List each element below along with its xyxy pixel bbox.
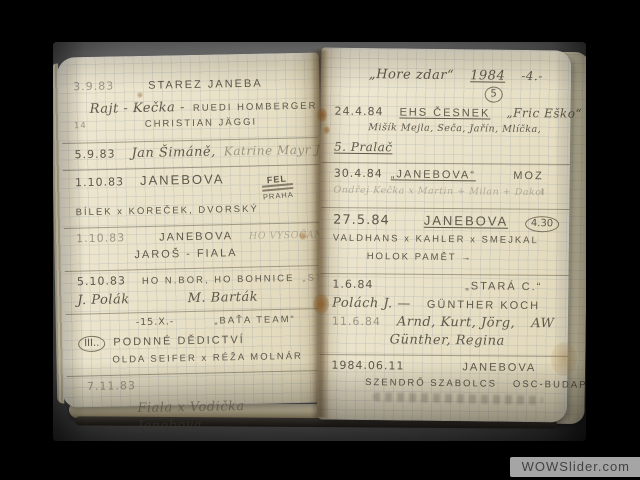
handwriting-text: 14 bbox=[74, 121, 87, 131]
handwriting-line: „Hore zdar“1984-4.- bbox=[335, 67, 561, 85]
handwriting-line: 1.6.84„STARÁ C.“ bbox=[332, 278, 558, 296]
handwriting-text: Janebova bbox=[138, 418, 203, 434]
handwriting-line: 1.10.83JANEBOVAHO VYSOČANY bbox=[76, 228, 310, 247]
handwriting-text: 5.9.83 bbox=[74, 147, 115, 161]
wowslider-watermark-link[interactable]: WOWSlider.com bbox=[510, 457, 640, 477]
handwriting-text: Polách J. — bbox=[332, 296, 411, 312]
handwriting-text: Fiala x Vodička bbox=[137, 399, 245, 416]
ruled-separator bbox=[321, 273, 569, 276]
handwriting-text: RUEDI HOMBERGER bbox=[193, 101, 318, 114]
handwriting-line: BÍLEK x KOREČEK, DVORSKÝ bbox=[76, 203, 310, 222]
handwriting-text: M. Barták bbox=[187, 290, 258, 306]
handwriting-text: MOZ bbox=[513, 170, 544, 182]
handwriting-text: AW bbox=[531, 316, 554, 331]
handwriting-text: Jan Šimáně, bbox=[131, 145, 216, 162]
ruled-separator bbox=[321, 207, 569, 210]
handwriting-text: 30.4.84 bbox=[334, 167, 383, 181]
handwriting-line: 5.10.83HO N.BOR, HO BOHNICE„ST.C.“ bbox=[77, 271, 311, 290]
handwriting-line: Mišík Mejla, Seča, Jařín, Mlíčka, bbox=[334, 122, 560, 140]
handwriting-text: Ondřej Kečka x Martin + Milan + Dako bbox=[333, 185, 541, 199]
handwriting-text: 7.11.83 bbox=[87, 379, 136, 393]
handwriting-text: „STARÁ C.“ bbox=[465, 280, 542, 293]
handwriting-text: HO N.BOR, HO BOHNICE bbox=[142, 273, 295, 287]
handwriting-text: 1984 bbox=[470, 68, 505, 83]
circled-roman-three: III.. bbox=[78, 336, 106, 353]
notebook-photo: 3.9.83STAREZ JANEBARajt - Kečka -RUEDI H… bbox=[53, 42, 586, 441]
handwriting-line: 5. Pralač bbox=[334, 140, 560, 158]
handwriting-text: JAROŠ - FIALA bbox=[134, 247, 237, 261]
handwriting-line: Günther, Regina bbox=[332, 332, 558, 350]
handwriting-text: 3.9.83 bbox=[73, 79, 114, 93]
handwriting-text: JANEBOVA bbox=[462, 361, 536, 374]
handwriting-line: SZENDRŐ SZABOLCSOSC-BUDAPEST bbox=[331, 377, 557, 395]
handwriting-text: 11.6.84 bbox=[332, 315, 381, 329]
handwriting-line: 14CHRISTIAN JÄGGI bbox=[74, 116, 308, 135]
handwriting-line: 1984.06.11JANEBOVA bbox=[331, 359, 557, 377]
handwriting-text: JANEBOVA bbox=[140, 171, 225, 188]
handwriting-text: STAREZ JANEBA bbox=[148, 78, 263, 92]
handwriting-text: GÜNTHER KOCH bbox=[427, 299, 540, 312]
handwriting-text: -4.- bbox=[521, 69, 543, 83]
name-christian-jaggi: CHRISTIAN JÄGGI bbox=[145, 117, 258, 130]
circled-430: 4.30 bbox=[525, 216, 559, 232]
handwriting-text: 24.4.84 bbox=[334, 105, 383, 119]
handwriting-line: III..PODNNÉ DĚDICTVÍ bbox=[78, 332, 312, 352]
handwriting-text: 1.10.83 bbox=[75, 175, 124, 189]
handwriting-line: 1.10.83JANEBOVAFELPRAHA bbox=[75, 170, 310, 204]
handwriting-line: -15.X.-„BAŤA TEAM“ bbox=[78, 314, 312, 333]
handwriting-line: J. PolákM. Barták bbox=[77, 289, 311, 308]
handwriting-text: EHS ČESNEK bbox=[399, 106, 490, 119]
illegible-scribble bbox=[541, 188, 543, 195]
handwriting-text: SZENDRŐ SZABOLCS bbox=[365, 377, 497, 390]
handwriting-line: OLDA SEIFER x RÉŽA MOLNÁR bbox=[78, 351, 312, 370]
handwriting-text: 27.5.84 bbox=[333, 213, 390, 229]
handwriting-line: 30.4.84„JANEBOVA“MOZ bbox=[334, 167, 560, 185]
handwriting-text: BÍLEK x KOREČEK, DVORSKÝ bbox=[76, 204, 259, 219]
handwriting-text: J. Polák bbox=[77, 292, 130, 308]
handwriting-text: 1.6.84 bbox=[332, 278, 373, 291]
handwriting-text: HOLOK PAMĚT → bbox=[367, 251, 473, 263]
handwriting-text: OLDA SEIFER x RÉŽA MOLNÁR bbox=[112, 351, 303, 366]
handwriting-line: 5 bbox=[335, 85, 561, 104]
handwriting-line: Janebova bbox=[80, 416, 314, 435]
handwriting-text: „JANEBOVA“ bbox=[391, 168, 476, 181]
handwriting-line: 27.5.84JANEBOVA4.30 bbox=[333, 212, 559, 233]
handwriting-text: 5. Pralač bbox=[334, 140, 393, 155]
handwriting-text: „Fric Eško“ bbox=[506, 106, 582, 121]
handwriting-text: 5.10.83 bbox=[77, 274, 126, 288]
handwriting-text: Günther, Regina bbox=[390, 332, 505, 348]
ruled-separator bbox=[322, 162, 570, 165]
handwriting-line: 5.9.83Jan Šimáně,Katrine Mayr Janebka bbox=[74, 143, 308, 162]
handwriting-line: Ondřej Kečka x Martin + Milan + Dako bbox=[333, 185, 559, 203]
emblem-line: PRAHA bbox=[262, 183, 294, 202]
notebook-right-page: „Hore zdar“1984-4.-524.4.84EHS ČESNEK„Fr… bbox=[317, 47, 572, 422]
handwriting-text: OSC-BUDAPEST bbox=[513, 379, 586, 391]
handwriting-text: JANEBOVA bbox=[424, 213, 509, 229]
handwriting-text: 1984.06.11 bbox=[331, 359, 404, 373]
handwriting-text: Arnd, Kurt, Jörg, bbox=[397, 314, 515, 330]
handwriting-text: Mišík Mejla, Seča, Jařín, Mlíčka, bbox=[368, 122, 541, 135]
handwriting-line: 24.4.84EHS ČESNEK„Fric Eško“ bbox=[334, 104, 560, 122]
handwriting-text: 1.10.83 bbox=[76, 231, 125, 245]
handwriting-text: PODNNÉ DĚDICTVÍ bbox=[113, 334, 245, 349]
handwriting-line: 7.11.83 bbox=[79, 376, 313, 395]
handwriting-text: „Hore zdar“ bbox=[369, 67, 454, 83]
handwriting-text: Rajt - Kečka - bbox=[90, 100, 186, 117]
handwriting-text: „BAŤA TEAM“ bbox=[214, 314, 296, 327]
handwriting-text: VALDHANS x KAHLER x SMEJKAL bbox=[333, 233, 539, 247]
handwriting-text: -15.X.- bbox=[136, 316, 175, 328]
ruled-separator bbox=[320, 354, 568, 357]
handwriting-line: JAROŠ - FIALA bbox=[76, 246, 310, 265]
handwriting-line: 11.6.84Arnd, Kurt, Jörg,AW bbox=[332, 314, 558, 332]
fel-praha-emblem: FELPRAHA bbox=[261, 174, 294, 202]
handwriting-text: JANEBOVA bbox=[159, 230, 233, 243]
circled-five: 5 bbox=[484, 86, 503, 102]
handwriting-line: HOLOK PAMĚT → bbox=[333, 251, 559, 269]
notebook-left-page: 3.9.83STAREZ JANEBARajt - Kečka -RUEDI H… bbox=[57, 53, 326, 408]
handwriting-line: VALDHANS x KAHLER x SMEJKAL bbox=[333, 233, 559, 251]
spine-gutter-shadow bbox=[311, 50, 329, 418]
handwriting-line: 3.9.83STAREZ JANEBA bbox=[73, 76, 307, 95]
handwriting-line: Rajt - Kečka -RUEDI HOMBERGER bbox=[74, 98, 308, 117]
handwriting-line: Polách J. —GÜNTHER KOCH bbox=[332, 296, 558, 314]
